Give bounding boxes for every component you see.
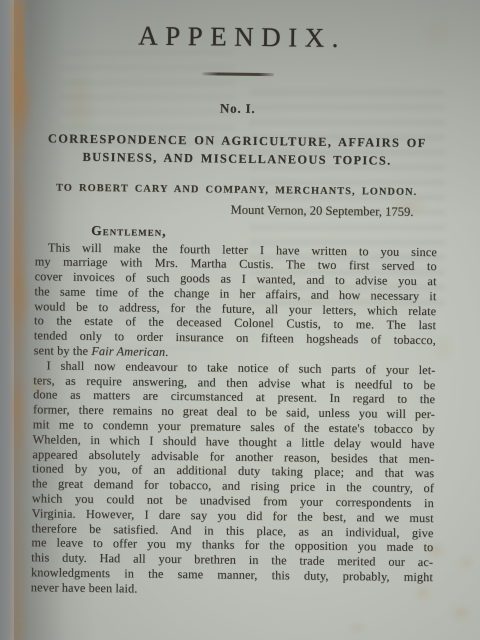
- addressee-line: TO ROBERT CARY AND COMPANY, MERCHANTS, L…: [36, 182, 438, 198]
- foxing-stain: [10, 265, 36, 335]
- page-title: APPENDIX.: [37, 21, 439, 52]
- section-heading: CORRESPONDENCE ON AGRICULTURE, AFFAIRS O…: [36, 129, 438, 171]
- text-run: .: [165, 345, 168, 359]
- foxing-stain: [6, 55, 40, 150]
- letter-paragraph: This will make the fourth letter I have …: [34, 240, 437, 363]
- ship-name-italic: Fair American: [91, 344, 165, 359]
- text-run: sent by the: [34, 343, 92, 358]
- salutation: Gentlemen,: [91, 222, 437, 241]
- dateline: Mount Vernon, 20 September, 1759.: [35, 200, 437, 219]
- foxing-stain: [456, 552, 476, 572]
- letter-paragraph: I shall now endeavour to take notice of …: [31, 358, 436, 600]
- title-rule: [202, 72, 274, 75]
- book-page-photo: APPENDIX. No. I. CORRESPONDENCE ON AGRIC…: [0, 0, 480, 640]
- heading-line: BUSINESS, AND MISCELLANEOUS TOPICS.: [36, 147, 438, 170]
- printed-page-content: APPENDIX. No. I. CORRESPONDENCE ON AGRIC…: [31, 0, 440, 600]
- foxing-stain: [344, 620, 370, 636]
- foxing-stain: [447, 602, 475, 624]
- section-number: No. I.: [37, 99, 439, 117]
